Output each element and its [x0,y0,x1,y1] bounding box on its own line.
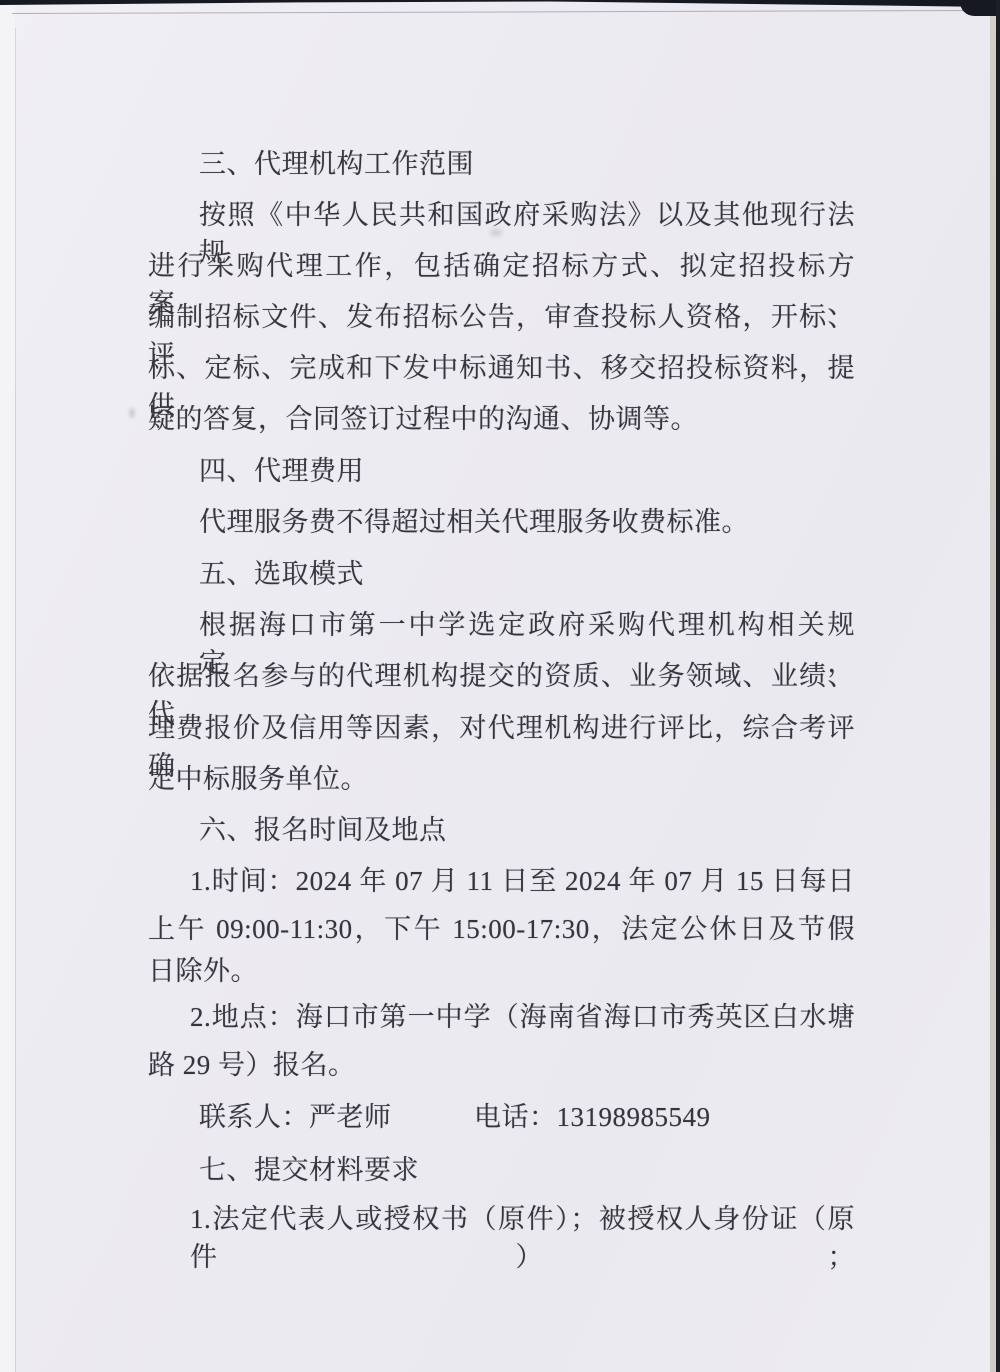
signup-place-line: 2.地点：海口市第一中学（海南省海口市秀英区白水塘 [190,998,855,1036]
contact-line: 联系人：严老师 电话：13198985549 [199,1098,711,1136]
signup-time-line: 日除外。 [148,952,258,990]
paragraph-line: 定中标服务单位。 [148,760,368,798]
paragraph-line: 疑的答复，合同签订过程中的沟通、协调等。 [148,400,698,438]
scan-edge-right [996,0,1000,1372]
section-7-heading: 七、提交材料要求 [199,1151,419,1189]
signup-time-line: 上午 09:00-11:30，下午 15:00-17:30，法定公休日及节假 [148,910,855,948]
signup-time-line: 1.时间：2024 年 07 月 11 日至 2024 年 07 月 15 日每… [190,862,855,900]
section-3-heading: 三、代理机构工作范围 [199,145,474,183]
section-5-heading: 五、选取模式 [199,555,364,593]
paragraph-line: 代理服务费不得超过相关代理服务收费标准。 [199,503,749,541]
section-4-heading: 四、代理费用 [199,452,364,490]
section-6-heading: 六、报名时间及地点 [199,811,447,849]
signup-place-line: 路 29 号）报名。 [148,1046,356,1084]
scanned-document-page: 三、代理机构工作范围 按照《中华人民共和国政府采购法》以及其他现行法规 进行采购… [0,0,1000,1372]
paragraph-line: 1.法定代表人或授权书（原件）；被授权人身份证（原件）； [190,1200,855,1276]
scan-corner-top-right [960,0,1000,16]
